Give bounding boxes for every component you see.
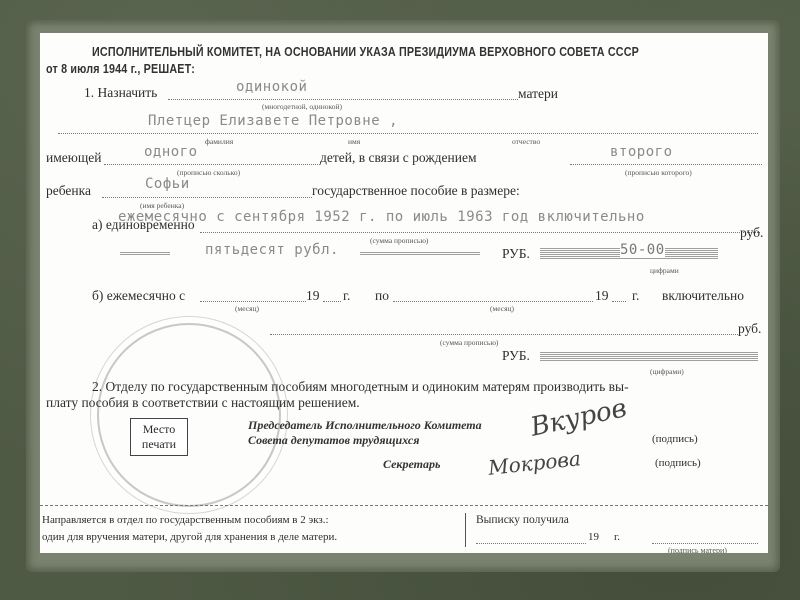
footer-left-line1: Направляется в отдел по государственным …	[42, 514, 329, 526]
received-label: Выписку получила	[476, 514, 569, 526]
having-label: имеющей	[46, 150, 101, 166]
fullname-value: Плетцер Елизавете Петровне ,	[148, 113, 398, 129]
monthly-sum-line	[270, 334, 738, 335]
monthly-rub-label: РУБ.	[502, 348, 530, 364]
header-line-2: от 8 июля 1944 г., РЕШАЕТ:	[46, 62, 195, 76]
chairman-line-1: Председатель Исполнительного Комитета	[248, 418, 482, 433]
year1-line	[323, 301, 341, 302]
child-name-line	[102, 197, 312, 198]
monthly-sum-caption: (сумма прописью)	[440, 338, 498, 347]
stamp-place-box: Место печати	[130, 418, 188, 456]
monthly-year1: 19	[306, 288, 320, 304]
benefit-text: государственное пособие в размере:	[312, 183, 520, 199]
chairman-signature: Вкуров	[528, 393, 629, 443]
monthly-inclusive: включительно	[662, 288, 744, 304]
document-page: ИСПОЛНИТЕЛЬНЫЙ КОМИТЕТ, НА ОСНОВАНИИ УКА…	[40, 33, 768, 553]
section2-line1: 2. Отделу по государственным пособиям мн…	[92, 379, 629, 395]
caption-patronymic: отчество	[512, 137, 540, 146]
year2-line	[612, 301, 626, 302]
official-stamp	[97, 323, 281, 507]
strike-mark	[360, 252, 480, 255]
signature-caption-1: (подпись)	[652, 433, 698, 445]
received-date-line	[476, 543, 586, 544]
monthly-digits-caption: (цифрами)	[650, 367, 684, 376]
child-name-value: Софьи	[145, 176, 190, 192]
lump-sum-digits-caption: цифрами	[650, 266, 679, 275]
children-count-value: одного	[144, 144, 198, 160]
monthly-rub-suffix: руб.	[738, 321, 761, 337]
monthly-g2: г.	[632, 288, 639, 304]
secretary-signature: Мокрова	[487, 446, 582, 480]
caption-name: имя	[348, 137, 360, 146]
birth-order-caption: (прописью которого)	[625, 168, 692, 177]
child-label: ребенка	[46, 183, 91, 199]
lump-sum-caption: (сумма прописью)	[370, 236, 428, 245]
secretary-label: Секретарь	[383, 457, 440, 472]
monthly-to-caption: (месяц)	[490, 304, 514, 313]
footer-vertical-divider	[465, 513, 466, 547]
lump-sum-value: ежемесячно с сентября 1952 г. по июль 19…	[118, 209, 645, 225]
footer-divider	[40, 505, 768, 506]
lump-sum-digits: 50-00	[620, 242, 665, 258]
lump-sum-rub-suffix: руб.	[740, 225, 763, 241]
received-year: 19	[588, 531, 599, 543]
status-value: одинокой	[236, 79, 307, 95]
monthly-to: по	[375, 288, 389, 304]
status-field-line	[168, 99, 518, 100]
footer-left-line2: один для вручения матери, другой для хра…	[42, 531, 337, 543]
strike-mark	[120, 252, 170, 255]
fullname-field-line	[58, 133, 758, 134]
mother-label: матери	[518, 86, 558, 102]
section2-line2: плату пособия в соответствии с настоящим…	[46, 395, 360, 411]
monthly-label: б) ежемесячно с	[92, 288, 185, 304]
monthly-year2: 19	[595, 288, 609, 304]
monthly-to-line	[393, 301, 593, 302]
monthly-from-caption: (месяц)	[235, 304, 259, 313]
monthly-digits-field	[540, 351, 758, 361]
birth-order-value: второго	[610, 144, 673, 160]
lump-sum-rub-label: РУБ.	[502, 246, 530, 262]
signature-caption-2: (подпись)	[655, 457, 701, 469]
monthly-g1: г.	[343, 288, 350, 304]
caption-surname: фамилия	[205, 137, 233, 146]
received-g: г.	[614, 531, 620, 543]
monthly-from-line	[200, 301, 306, 302]
lump-sum-line	[200, 232, 760, 233]
mother-sign-caption: (подпись матери)	[668, 546, 727, 553]
assign-label: 1. Назначить	[84, 85, 157, 101]
children-count-line	[104, 164, 320, 165]
birth-order-line	[570, 164, 762, 165]
header-line-1: ИСПОЛНИТЕЛЬНЫЙ КОМИТЕТ, НА ОСНОВАНИИ УКА…	[92, 45, 639, 59]
chairman-line-2: Совета депутатов трудящихся	[248, 433, 419, 448]
lump-sum-words: пятьдесят рубл.	[205, 242, 339, 258]
status-caption: (многодетной, одинокой)	[262, 102, 342, 111]
birth-text: детей, в связи с рождением	[320, 150, 477, 166]
mother-sign-line	[652, 543, 758, 544]
